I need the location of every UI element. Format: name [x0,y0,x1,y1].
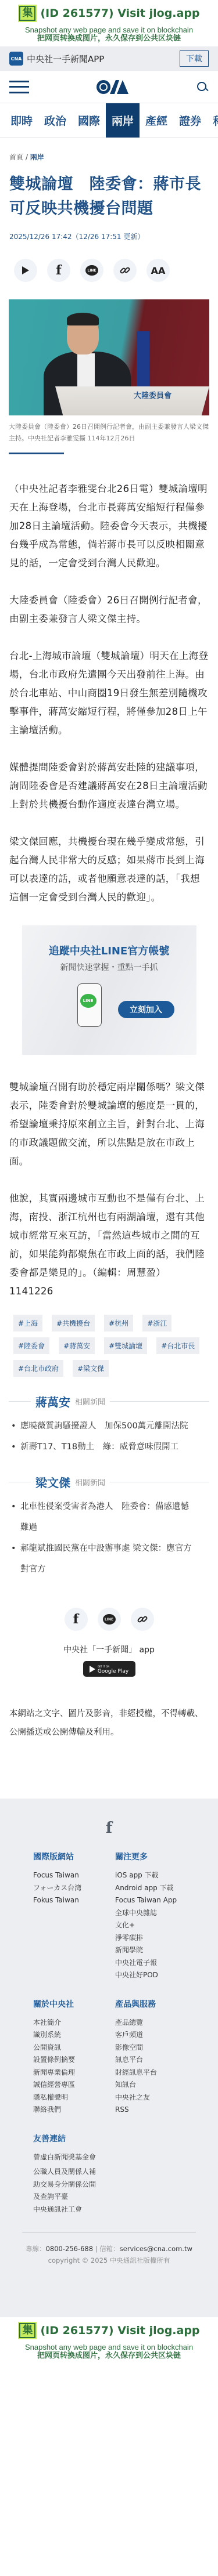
jlog-zh-text: 把网页转换成图片，永久保存到公共区块链 [0,34,218,44]
footer-link[interactable]: RSS [115,2104,197,2116]
footer-link[interactable]: 誠信經營專區 [33,2079,115,2092]
article-photo[interactable]: 大陸委員會 [9,299,209,415]
search-icon[interactable] [196,81,209,93]
line-share-button[interactable]: LINE [98,1608,121,1631]
line-share-button[interactable]: LINE [80,259,103,282]
jlog-badge-icon: 集 [18,2322,37,2339]
facebook-icon[interactable]: f [0,1819,218,1837]
facebook-icon: f [56,263,61,278]
footer-link[interactable]: 公職人員及關係人補助交易身分關係公開及查詢平臺 [33,2166,100,2204]
line-logo-icon: LINE [80,994,97,1008]
site-footer: f 國際版網站 Focus Taiwan フォーカス台湾 Fokus Taiwa… [0,1799,218,2317]
article-paragraph: 他說，其實兩邊城市互動也不是僅有台北、上海，南投、浙江杭州也有兩湖論壇，還有其他… [9,1189,209,1301]
article-title: 雙城論壇 陸委會：蔣市長可反映共機擾台問題 [0,162,218,221]
category-nav: 即時 政治 國際 兩岸 產經 證券 科 [0,103,218,138]
ad-title: 追蹤中央社LINE官方帳號 [22,943,196,958]
related-topic: 梁文傑 [35,1474,70,1490]
footer-column-friendly-links: 友善連結 曾虛白新聞獎基金會 公職人員及關係人補助交易身分關係公開及查詢平臺 中… [33,2133,115,2216]
footer-link[interactable]: 文化+ [115,1919,197,1932]
line-icon: LINE [103,1614,116,1625]
copy-link-button[interactable] [131,1608,154,1631]
footer-link[interactable]: 本社簡介 [33,2017,115,2029]
footer-copyright: copyright © 2025 中央通訊社版權所有 [0,2253,218,2265]
footer-link[interactable]: 客戶頻道 [115,2029,197,2042]
footer-column-follow: 關注更多 iOS app 下載 Android app 下載 Focus Tai… [115,1851,197,1982]
google-play-button[interactable]: GET IT ONGoogle Play [83,1661,135,1677]
footer-link[interactable]: 設置條例摘要 [33,2054,115,2067]
bottom-share-toolbar: f LINE [0,1580,218,1631]
app-name: 中央社一手新聞APP [27,53,104,65]
tag[interactable]: #浙江 [142,1315,171,1332]
footer-link[interactable]: 中央通訊社工會 [33,2204,115,2216]
article-paragraph: 梁文傑回應，共機擾台現在幾乎變成常態，引起台灣人民非常大的反感；如果蔣市長到上海… [9,833,209,907]
line-icon: LINE [85,265,98,276]
app-download-button[interactable]: 下載 [180,50,209,67]
footer-link[interactable]: 訊息平台 [115,2054,197,2067]
tag[interactable]: #梁文傑 [73,1360,109,1377]
line-join-button[interactable]: 立刻加入 [118,1001,174,1018]
jlog-zh-text: 把网页转换成图片，永久保存到公共区块链 [0,2351,218,2361]
facebook-icon: f [73,1612,78,1627]
related-news-link[interactable]: 應曉薇質詢騷擾證人 加保500萬元離開法院 [11,1416,197,1437]
article-paragraph: 大陸委員會（陸委會）26日召開例行記者會，由副主委兼發言人梁文傑主持。 [9,591,209,628]
footer-link[interactable]: 影像空間 [115,2042,197,2054]
jlog-id-text: (ID 261577) Visit jlog.app [40,2324,199,2337]
article-body: （中央社記者李雅雯台北26日電）雙城論壇明天在上海登場，台北市長蔣萬安縮短行程僅… [0,454,218,907]
footer-link[interactable]: 中央社之友 [115,2092,197,2104]
email-link[interactable]: services@cna.com.tw [120,2245,192,2253]
article-paragraph: 雙城論壇召開有助於穩定兩岸關係嗎？梁文傑表示，陸委會對於雙城論壇的態度是一貫的，… [9,1078,209,1171]
footer-column-products: 產品與服務 產品總覽 客戶頻道 影像空間 訊息平台 財經訊息平台 知訊台 中央社… [115,1998,197,2116]
tag[interactable]: #台北市政府 [13,1360,63,1377]
jlog-en-text: Snapshot any web page and save it on blo… [0,26,218,34]
footer-link[interactable]: 全球中央雜誌 [115,1907,197,1920]
jlog-banner-top: 集 (ID 261577) Visit jlog.app Snapshot an… [0,0,218,46]
article-paragraph: 台北-上海城市論壇（雙城論壇）明天在上海登場，台北市政府先遣團今天出發前往上海。… [9,647,209,740]
play-icon [22,266,30,275]
copyright-notice: 本網站之文字、圖片及影音，非經授權，不得轉載、公開播送或公開傳輸及利用。 [0,1677,218,1742]
related-news-link[interactable]: 北車性侵案受害者為港人 陸委會：備感遺憾難過 [11,1496,197,1538]
tag[interactable]: #共機擾台 [52,1315,95,1332]
related-news-section: 梁文傑 相關新聞 北車性侵案受害者為港人 陸委會：備感遺憾難過 郝龍斌推國民黨在… [0,1457,218,1580]
footer-link[interactable]: 曾虛白新聞獎基金會 [33,2151,115,2164]
footer-link[interactable]: 中央社電子報 [115,1957,197,1970]
play-store-icon [90,1666,95,1673]
footer-link[interactable]: 公開資訊 [33,2042,115,2054]
footer-link[interactable]: 財經訊息平台 [115,2067,197,2079]
article-date: 2025/12/26 17:42（12/26 17:51 更新） [0,221,218,241]
footer-link[interactable]: 識別系統 [33,2029,115,2042]
footer-link[interactable]: Focus Taiwan App [115,1894,197,1907]
nav-item[interactable]: 即時 [5,103,38,138]
breadcrumb-home[interactable]: 首頁 [9,153,23,161]
tag[interactable]: #上海 [13,1315,42,1332]
footer-link[interactable]: 隱私權聲明 [33,2092,115,2104]
ad-subtitle: 新聞快速掌握・重點一手抓 [22,961,196,973]
breadcrumb: 首頁 / 兩岸 [0,138,218,162]
breadcrumb-current[interactable]: 兩岸 [30,153,44,161]
font-size-icon: AA [151,265,166,276]
footer-link[interactable]: フォーカス台湾 [33,1882,115,1895]
share-toolbar: f LINE AA [0,241,218,282]
nav-item[interactable]: 政治 [38,103,72,138]
nav-item-active[interactable]: 兩岸 [106,103,140,138]
app-download-bar: CNA 中央社一手新聞APP 下載 [0,46,218,71]
footer-link[interactable]: 中央社好POD [115,1969,197,1982]
facebook-share-button[interactable]: f [47,259,70,282]
footer-link[interactable]: Focus Taiwan [33,1869,115,1882]
cna-app-icon: CNA [9,52,23,66]
nav-item[interactable]: 證券 [173,103,207,138]
footer-contact: 專線：0800-256-688 | 信箱：services@cna.com.tw [0,2233,218,2253]
font-size-button[interactable]: AA [146,259,170,282]
footer-link[interactable]: 知訊台 [115,2079,197,2092]
copy-link-button[interactable] [113,259,137,282]
related-news-link[interactable]: 新壽T17、T18動土 綠：威脅意味假開工 [11,1437,197,1457]
footer-link[interactable]: 新聞專業倫理 [33,2067,115,2079]
footer-link[interactable]: 聯絡我們 [33,2104,115,2116]
tag-list: #上海 #共機擾台 #杭州 #浙江 #陸委會 #蔣萬安 #雙城論壇 #台北市長 … [0,1315,218,1377]
phone-number[interactable]: 0800-256-688 [46,2245,93,2253]
footer-column-international: 國際版網站 Focus Taiwan フォーカス台湾 Fokus Taiwan [33,1851,115,1982]
jlog-badge-icon: 集 [18,5,37,22]
app-promo-text: 中央社「一手新聞」 app [0,1631,218,1655]
jlog-banner-bottom: 集 (ID 261577) Visit jlog.app Snapshot an… [0,2317,218,2364]
tag[interactable]: #雙城論壇 [104,1337,147,1354]
tag[interactable]: #台北市長 [156,1337,199,1354]
facebook-share-button[interactable]: f [65,1608,88,1631]
tag[interactable]: #杭州 [104,1315,133,1332]
site-header [0,71,218,103]
footer-link[interactable]: 淨零碳排 [115,1932,197,1945]
jlog-id-text: (ID 261577) Visit jlog.app [40,7,199,20]
article-paragraph: 媒體提問陸委會對於蔣萬安赴陸的建議事項，詢問陸委會是否建議蔣萬安在28日主論壇活… [9,758,209,814]
related-news-link[interactable]: 郝龍斌推國民黨在中設辦事處 梁文傑：應官方對官方 [11,1538,197,1580]
article-paragraph: （中央社記者李雅雯台北26日電）雙城論壇明天在上海登場，台北市長蔣萬安縮短行程僅… [9,480,209,573]
jlog-en-text: Snapshot any web page and save it on blo… [0,2343,218,2351]
footer-link[interactable]: Fokus Taiwan [33,1894,115,1907]
hamburger-menu-icon[interactable] [9,81,29,93]
link-icon [137,1614,148,1625]
nav-item[interactable]: 產經 [140,103,173,138]
related-label: 相關新聞 [75,1396,105,1407]
line-follow-ad[interactable]: 追蹤中央社LINE官方帳號 新聞快速掌握・重點一手抓 LINE 立刻加入 [22,925,196,1055]
tag[interactable]: #陸委會 [13,1337,49,1354]
footer-column-about: 關於中央社 本社簡介 識別系統 公開資訊 設置條例摘要 新聞專業倫理 誠信經營專… [33,1998,115,2116]
related-news-section: 蔣萬安 相關新聞 應曉薇質詢騷擾證人 加保500萬元離開法院 新壽T17、T18… [0,1377,218,1457]
cna-logo[interactable] [96,79,130,95]
related-topic: 蔣萬安 [35,1393,70,1410]
photo-caption: 大陸委員會（陸委會）26日召開例行記者會，由副主委兼發言人梁文傑主持。中央社記者… [0,415,218,444]
footer-link[interactable]: Android app 下載 [115,1882,197,1895]
tag[interactable]: #蔣萬安 [59,1337,95,1354]
play-audio-button[interactable] [14,259,37,282]
podium-label: 大陸委員會 [134,389,171,400]
article-body-continued: 雙城論壇召開有助於穩定兩岸關係嗎？梁文傑表示，陸委會對於雙城論壇的態度是一貫的，… [0,1078,218,1301]
related-label: 相關新聞 [75,1477,105,1488]
footer-link[interactable]: 產品總覽 [115,2017,197,2029]
footer-link[interactable]: 新聞學院 [115,1944,197,1957]
nav-item[interactable]: 國際 [72,103,106,138]
footer-link[interactable]: iOS app 下載 [115,1869,197,1882]
nav-item[interactable]: 科 [207,103,218,138]
link-icon [120,265,130,276]
